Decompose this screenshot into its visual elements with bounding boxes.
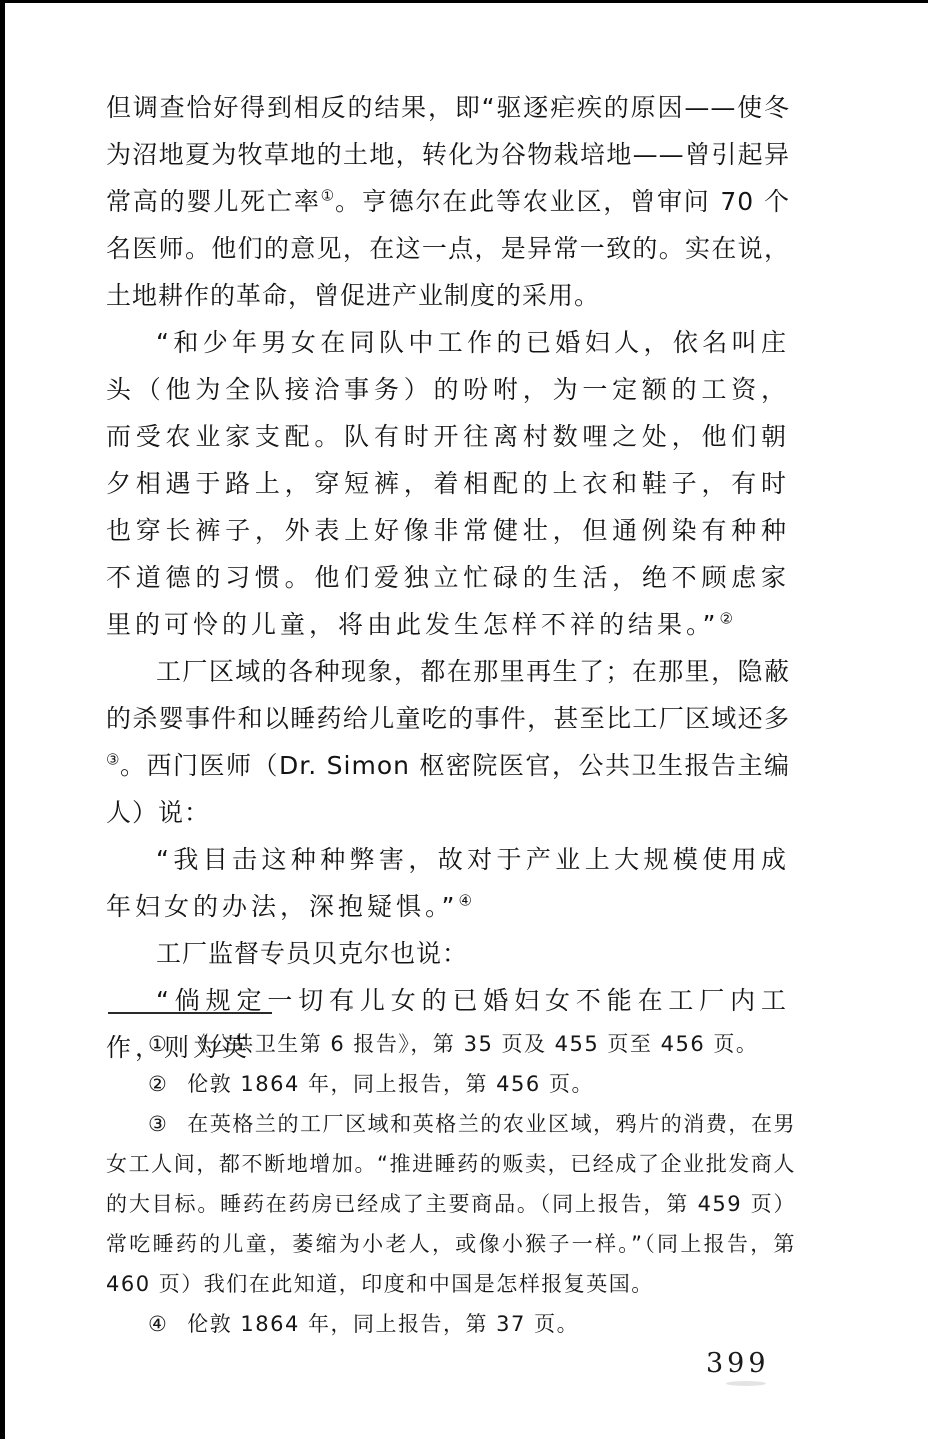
footnote-text: 《公共卫生第 6 报告》，第 35 页及 455 页至 456 页。 bbox=[187, 1032, 758, 1056]
text-segment: “我目击这种种弊害，故对于产业上大规模使用成年妇女的办法，深抱疑惧。” bbox=[106, 845, 790, 921]
footnote-marker-2: ② bbox=[148, 1072, 168, 1096]
footnote-ref-2: ② bbox=[719, 610, 732, 628]
page-number: 399 bbox=[706, 1348, 770, 1379]
footnote-2: ②伦敦 1864 年，同上报告，第 456 页。 bbox=[106, 1064, 796, 1104]
quote-paragraph-1: “和少年男女在同队中工作的已婚妇人，依名叫庄头（他为全队接洽事务）的吩咐，为一定… bbox=[106, 319, 790, 648]
body-paragraph-1: 但调查恰好得到相反的结果，即“驱逐疟疾的原因——使冬为沼地夏为牧草地的土地，转化… bbox=[106, 84, 790, 319]
text-segment: 。西门医师（Dr. Simon 枢密院医官，公共卫生报告主编人）说： bbox=[106, 751, 790, 827]
footnote-ref-3: ③ bbox=[106, 751, 120, 769]
footnotes: ①《公共卫生第 6 报告》，第 35 页及 455 页至 456 页。 ②伦敦 … bbox=[106, 1024, 796, 1344]
text-segment: 工厂监督专员贝克尔也说： bbox=[156, 939, 468, 968]
scan-edge-left bbox=[0, 0, 5, 1439]
body-text: 但调查恰好得到相反的结果，即“驱逐疟疾的原因——使冬为沼地夏为牧草地的土地，转化… bbox=[106, 84, 790, 1071]
body-paragraph-2: 工厂区域的各种现象，都在那里再生了；在那里，隐蔽的杀婴事件和以睡药给儿童吃的事件… bbox=[106, 648, 790, 836]
footnote-text: 在英格兰的工厂区域和英格兰的农业区域，鸦片的消费，在男女工人间，都不断地增加。“… bbox=[106, 1112, 796, 1296]
scan-edge-top bbox=[0, 0, 928, 3]
footnote-marker-4: ④ bbox=[148, 1312, 168, 1336]
footnote-text: 伦敦 1864 年，同上报告，第 37 页。 bbox=[187, 1312, 579, 1336]
footnote-ref-4: ④ bbox=[458, 892, 471, 910]
footnote-marker-1: ① bbox=[148, 1032, 168, 1056]
footnote-marker-3: ③ bbox=[148, 1112, 168, 1136]
quote-paragraph-2: “我目击这种种弊害，故对于产业上大规模使用成年妇女的办法，深抱疑惧。”④ bbox=[106, 836, 790, 930]
footnote-4: ④伦敦 1864 年，同上报告，第 37 页。 bbox=[106, 1304, 796, 1344]
text-segment: 工厂区域的各种现象，都在那里再生了；在那里，隐蔽的杀婴事件和以睡药给儿童吃的事件… bbox=[106, 657, 790, 733]
footnote-text: 伦敦 1864 年，同上报告，第 456 页。 bbox=[187, 1072, 594, 1096]
footnote-3: ③在英格兰的工厂区域和英格兰的农业区域，鸦片的消费，在男女工人间，都不断地增加。… bbox=[106, 1104, 796, 1304]
body-paragraph-3: 工厂监督专员贝克尔也说： bbox=[106, 930, 790, 977]
text-segment: “和少年男女在同队中工作的已婚妇人，依名叫庄头（他为全队接洽事务）的吩咐，为一定… bbox=[106, 328, 790, 639]
footnote-ref-1: ① bbox=[321, 187, 335, 205]
footnote-1: ①《公共卫生第 6 报告》，第 35 页及 455 页至 456 页。 bbox=[106, 1024, 796, 1064]
scan-speck bbox=[349, 1006, 353, 1009]
footnote-separator bbox=[108, 1012, 272, 1014]
scan-smudge bbox=[726, 1381, 766, 1386]
book-page: 但调查恰好得到相反的结果，即“驱逐疟疾的原因——使冬为沼地夏为牧草地的土地，转化… bbox=[0, 0, 928, 1439]
